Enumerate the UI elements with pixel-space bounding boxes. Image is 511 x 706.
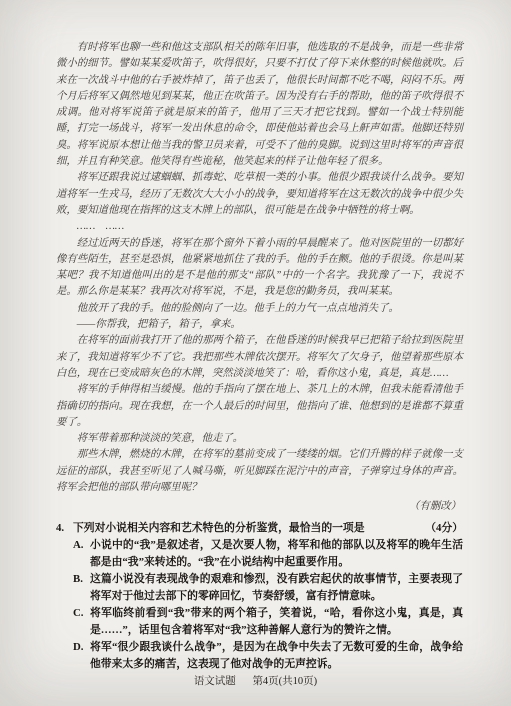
option-d-text: 将军“很少跟我谈什么战争”，是因为在战争中失去了无数可爱的生命，战争给他带来太多… xyxy=(90,641,463,670)
exam-page: 有时将军也聊一些和他这支部队相关的陈年旧事，他选取的不是战争，而是一些非常微小的… xyxy=(0,0,511,706)
option-a-label: A. xyxy=(73,537,84,554)
passage-paragraph: 那些木牌，燃烧的木牌，在将军的墓前变成了一缕缕的烟。它们升腾的样子就像一支远征的… xyxy=(56,447,463,496)
option-d-label: D. xyxy=(73,639,84,656)
option-c-text: 将军临终前看到“我”带来的两个箱子，笑着说，“哈，看你这小鬼，真是，真是……”，… xyxy=(90,607,463,636)
option-a-text: 小说中的“我”是叙述者，又是次要人物，将军和他的部队以及将军的晚年生活都是由“我… xyxy=(90,539,463,568)
passage-paragraph: 将军带着那种淡淡的笑意，他走了。 xyxy=(56,431,463,447)
question-stem-row: 4. 下列对小说相关内容和艺术特色的分析鉴赏，最恰当的一项是 （4分） xyxy=(56,520,463,537)
passage-paragraph: 他放开了我的手。他的脸侧向了一边。他手上的力气一点点地消失了。 xyxy=(56,301,463,317)
question-points: （4分） xyxy=(419,520,463,537)
reading-passage: 有时将军也聊一些和他这支部队相关的陈年旧事，他选取的不是战争，而是一些非常微小的… xyxy=(56,40,463,516)
option-d: D. 将军“很少跟我谈什么战争”，是因为在战争中失去了无数可爱的生命，战争给他带… xyxy=(56,639,463,673)
passage-paragraph: ——你帮我，把箱子，箱子，拿来。 xyxy=(56,317,463,333)
source-note: （有删改） xyxy=(56,499,463,515)
option-b: B. 这篇小说没有表现战争的艰难和惨烈，没有跌宕起伏的故事情节，主要表现了将军对… xyxy=(56,571,463,605)
question-number: 4. xyxy=(56,520,73,537)
passage-paragraph: 将军还跟我说过逮蝈蝈、抓毒蛇、吃草根一类的小事。他很少跟我谈什么战争。要知道将军… xyxy=(56,170,463,219)
ellipsis-separator: …… …… xyxy=(56,219,463,235)
footer-page-number: 第4页(共10页) xyxy=(252,676,317,687)
passage-paragraph: 在将军的面前我打开了他的那两个箱子，在他昏迷的时候我早已把箱子给拉到医院里来了，… xyxy=(56,333,463,382)
question-4: 4. 下列对小说相关内容和艺术特色的分析鉴赏，最恰当的一项是 （4分） A. 小… xyxy=(56,520,463,673)
passage-paragraph: 将军的手伸得相当缓慢。他的手指向了摆在地上、茶几上的木牌，但我未能看清他手指确切… xyxy=(56,382,463,431)
footer-doc-title: 语文试题 xyxy=(194,676,236,687)
option-a: A. 小说中的“我”是叙述者，又是次要人物，将军和他的部队以及将军的晚年生活都是… xyxy=(56,537,463,571)
passage-paragraph: 有时将军也聊一些和他这支部队相关的陈年旧事，他选取的不是战争，而是一些非常微小的… xyxy=(56,40,463,170)
passage-paragraph: 经过近两天的昏迷，将军在那个窗外下着小雨的早晨醒来了。他对医院里的一切都好像有些… xyxy=(56,236,463,301)
page-footer: 语文试题 第4页(共10页) xyxy=(0,673,511,688)
option-c-label: C. xyxy=(73,605,84,622)
option-c: C. 将军临终前看到“我”带来的两个箱子，笑着说，“哈，看你这小鬼，真是，真是…… xyxy=(56,605,463,639)
option-b-text: 这篇小说没有表现战争的艰难和惨烈，没有跌宕起伏的故事情节，主要表现了将军对于他过… xyxy=(90,573,463,602)
question-stem: 下列对小说相关内容和艺术特色的分析鉴赏，最恰当的一项是 xyxy=(73,520,419,537)
option-b-label: B. xyxy=(73,571,83,588)
